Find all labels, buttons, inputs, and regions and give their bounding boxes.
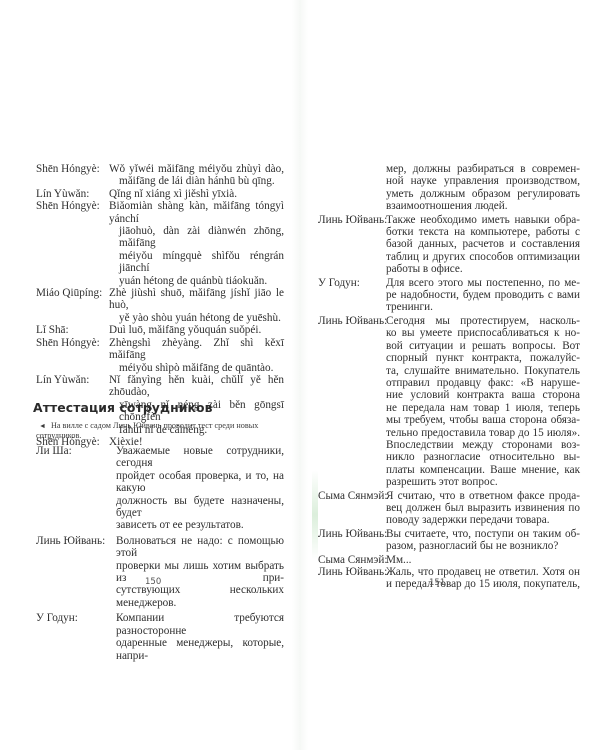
speech-line: пройдет особая проверка, и то, на какую	[116, 470, 284, 495]
speech-line: ре надобности, будем проводить с вами	[386, 289, 580, 301]
dialogue-row: У Годун: Компании требуются разносторонн…	[36, 612, 284, 662]
speaker-name: Lǐ Shā:	[36, 324, 109, 336]
speech-line: ной науке управления производством,	[386, 175, 580, 187]
speech-line: Zhè jiùshì shuō, mǎifāng jíshǐ jiāo le h…	[109, 287, 284, 312]
speech-text: Также необходимо иметь навыки обра- ботк…	[386, 214, 580, 276]
speech-line: Мм...	[386, 554, 580, 566]
page-number: 150	[145, 577, 161, 587]
scene-note-text: На вилле с садом Линь Юйвань проводит те…	[36, 421, 258, 440]
speech-line: взаимоотношения людей.	[386, 200, 580, 212]
speech-text: Жаль, что продавец не ответил. Хотя он и…	[386, 566, 580, 591]
speech-line: должность вы будете назначены, будет	[116, 495, 284, 520]
speech-line: разом, разногласий бы не возникло?	[386, 540, 580, 552]
speech-line: Уважаемые новые сотрудники, сегодня	[116, 445, 284, 470]
speech-line: ботки текста на компьютере, работы с	[386, 226, 580, 238]
russian-dialogue-left: Ли Ша: Уважаемые новые сотрудники, сегод…	[36, 445, 284, 665]
speech-text: мер, должны разбираться в современ- ной …	[386, 163, 580, 213]
speech-line: ние условий контракта ваша сторона	[386, 389, 580, 401]
dialogue-row: Линь Юйвань: Жаль, что продавец не ответ…	[318, 566, 580, 591]
speech-line: ко вы умеете приспосабливаться к но-	[386, 327, 580, 339]
speech-line: Для всего этого мы постепенно, по ме-	[386, 277, 580, 289]
speaker-name: Линь Юйвань:	[318, 566, 386, 578]
dialogue-row: Miáo Qiūpíng: Zhè jiùshì shuō, mǎifāng j…	[36, 287, 284, 324]
speech-line: Я считаю, что в ответном факсе прода-	[386, 490, 580, 502]
russian-dialogue-right: мер, должны разбираться в современ- ной …	[318, 163, 580, 592]
speech-line: поводу задержки передачи товара.	[386, 514, 580, 526]
page-number: 151	[429, 578, 445, 588]
speech-line: тельно предоставила товар до 15 июля».	[386, 427, 580, 439]
speech-line: разрешить этот вопрос.	[386, 476, 580, 488]
speech-line: платы компенсации. Ваше мнение, как	[386, 464, 580, 476]
dialogue-row: Lǐ Shā: Duì luō, mǎifāng yǒuquán suǒpéi.	[36, 324, 284, 336]
speech-line: Волноваться не надо: с помощью этой	[116, 535, 284, 560]
dialogue-row: Ли Ша: Уважаемые новые сотрудники, сегод…	[36, 445, 284, 532]
speech-line: Qǐng nǐ xiáng xì jiěshì yīxià.	[109, 188, 284, 200]
speech-text: Zhèngshì zhèyàng. Zhǐ shì kěxī mǎifāng m…	[109, 337, 284, 374]
speech-line: mǎifāng de lái diàn hánhū bù qīng.	[109, 175, 284, 187]
speech-line: спорный пункт контракта, пожалуйс-	[386, 352, 580, 364]
speech-line: та, слушайте внимательно. Покупатель	[386, 365, 580, 377]
speech-line: jiāohuò, dàn zài diànwén zhōng, mǎifāng	[109, 225, 284, 250]
speech-line: сутствующих нескольких менеджеров.	[116, 584, 284, 609]
speech-line: отправил продавцу факс: «В наруше-	[386, 377, 580, 389]
dialogue-row: Lín Yùwǎn: Qǐng nǐ xiáng xì jiěshì yīxià…	[36, 188, 284, 200]
speech-text: Уважаемые новые сотрудники, сегодня прой…	[116, 445, 284, 532]
speaker-name: Lín Yùwǎn:	[36, 188, 109, 200]
speech-line: никло разногласие относительно вы-	[386, 451, 580, 463]
speech-line: одаренные менеджеры, которые, напри-	[116, 637, 284, 662]
speech-text: Для всего этого мы постепенно, по ме- ре…	[386, 277, 580, 314]
speech-line: Zhèngshì zhèyàng. Zhǐ shì kěxī mǎifāng	[109, 337, 284, 362]
speech-line: мы требуем, чтобы ваша сторона обяза-	[386, 414, 580, 426]
speech-line: Wǒ yǐwéi mǎifāng méiyǒu zhùyì dào,	[109, 163, 284, 175]
speaker-name: Shēn Hóngyè:	[36, 200, 109, 212]
section-title: Аттестация сотрудников	[33, 400, 213, 415]
speech-text: Biǎomiàn shàng kàn, mǎifāng tóngyì yánch…	[109, 200, 284, 287]
speech-line: вой ситуации и решать вопросы. Вот	[386, 340, 580, 352]
speech-line: Компании требуются разносторонне	[116, 612, 284, 637]
speaker-name: Miáo Qiūpíng:	[36, 287, 109, 299]
speech-line: méiyǒu míngquè shìfǒu réngrán jiānchí	[109, 250, 284, 275]
dialogue-row: Сыма Сянмэй: Я считаю, что в ответном фа…	[318, 490, 580, 527]
speech-text: Волноваться не надо: с помощью этой пров…	[116, 535, 284, 609]
speech-line: yě yào shòu yuán hétong de yuēshù.	[109, 312, 284, 324]
speaker-name: Сыма Сянмэй:	[318, 554, 386, 566]
speaker-name: Shēn Hóngyè:	[36, 163, 109, 175]
speaker-name: Ли Ша:	[36, 445, 116, 457]
speaker-name: Shēn Hóngyè:	[36, 337, 109, 349]
speech-line: базой данных, расчетов и составления	[386, 238, 580, 250]
speaker-name: Линь Юйвань:	[318, 214, 386, 226]
speech-line: Biǎomiàn shàng kàn, mǎifāng tóngyì yánch…	[109, 200, 284, 225]
speaker-name: Линь Юйвань:	[36, 535, 116, 547]
speech-line: не передала нам товар 1 июля, теперь	[386, 402, 580, 414]
dialogue-row: Shēn Hóngyè: Zhèngshì zhèyàng. Zhǐ shì k…	[36, 337, 284, 374]
speech-line: méiyǒu shìpò mǎifāng de quāntào.	[109, 362, 284, 374]
speech-line: Жаль, что продавец не ответил. Хотя он	[386, 566, 580, 578]
speaker-name: Lín Yùwǎn:	[36, 374, 109, 386]
left-page: Shēn Hóngyè: Wǒ yǐwéi mǎifāng méiyǒu zhù…	[0, 0, 300, 750]
speech-text: Wǒ yǐwéi mǎifāng méiyǒu zhùyì dào, mǎifā…	[109, 163, 284, 188]
speech-line: Nǐ fǎnyìng hěn kuài, chǔlǐ yě hěn zhōudà…	[109, 374, 284, 399]
dialogue-row: Shēn Hóngyè: Biǎomiàn shàng kàn, mǎifāng…	[36, 200, 284, 287]
speech-line: Duì luō, mǎifāng yǒuquán suǒpéi.	[109, 324, 284, 336]
speech-text: Компании требуются разносторонне одаренн…	[116, 612, 284, 662]
speech-line: мер, должны разбираться в современ-	[386, 163, 580, 175]
speech-text: Qǐng nǐ xiáng xì jiěshì yīxià.	[109, 188, 284, 200]
speech-line: yuán hétong de quánbù tiáokuǎn.	[109, 275, 284, 287]
scene-note: ◄На вилле с садом Линь Юйвань проводит т…	[36, 421, 286, 442]
speech-line: Впоследствии между сторонами воз-	[386, 439, 580, 451]
speech-text: Вы считаете, что, поступи он таким об- р…	[386, 528, 580, 553]
speech-text: Zhè jiùshì shuō, mǎifāng jíshǐ jiāo le h…	[109, 287, 284, 324]
speaker-name: У Годун:	[36, 612, 116, 624]
speech-line: зависеть от ее результатов.	[116, 519, 284, 531]
speech-text: Я считаю, что в ответном факсе прода- ве…	[386, 490, 580, 527]
speech-line: тренинги.	[386, 301, 580, 313]
speech-line: уметь должным образом регулировать	[386, 188, 580, 200]
speaker-name: У Годун:	[318, 277, 386, 289]
speech-text: Duì luō, mǎifāng yǒuquán suǒpéi.	[109, 324, 284, 336]
speaker-name: Сыма Сянмэй:	[318, 490, 386, 502]
speech-line: и передал товар до 15 июля, покупатель,	[386, 578, 580, 590]
dialogue-row: Линь Юйвань: Также необходимо иметь навы…	[318, 214, 580, 276]
dialogue-row: Shēn Hóngyè: Wǒ yǐwéi mǎifāng méiyǒu zhù…	[36, 163, 284, 188]
speaker-name: Линь Юйвань:	[318, 315, 386, 327]
speech-text: Сегодня мы протестируем, насколь- ко вы …	[386, 315, 580, 489]
speech-line: проверки мы лишь хотим выбрать из при-	[116, 560, 284, 585]
speech-line: Сегодня мы протестируем, насколь-	[386, 315, 580, 327]
dialogue-row: мер, должны разбираться в современ- ной …	[318, 163, 580, 213]
speech-line: таблиц и других способов оптимизации	[386, 251, 580, 263]
speaker-name: Линь Юйвань:	[318, 528, 386, 540]
speech-line: Также необходимо иметь навыки обра-	[386, 214, 580, 226]
speech-line: Вы считаете, что, поступи он таким об-	[386, 528, 580, 540]
speech-text: Мм...	[386, 554, 580, 566]
dialogue-row: Сыма Сянмэй: Мм...	[318, 554, 580, 566]
triangle-left-icon: ◄	[39, 421, 46, 431]
speech-line: вец должен был выразить извинения по	[386, 502, 580, 514]
speech-line: работы в офисе.	[386, 263, 580, 275]
dialogue-row: Линь Юйвань: Сегодня мы протестируем, на…	[318, 315, 580, 489]
dialogue-row: У Годун: Для всего этого мы постепенно, …	[318, 277, 580, 314]
dialogue-row: Линь Юйвань: Волноваться не надо: с помо…	[36, 535, 284, 609]
dialogue-row: Линь Юйвань: Вы считаете, что, поступи о…	[318, 528, 580, 553]
